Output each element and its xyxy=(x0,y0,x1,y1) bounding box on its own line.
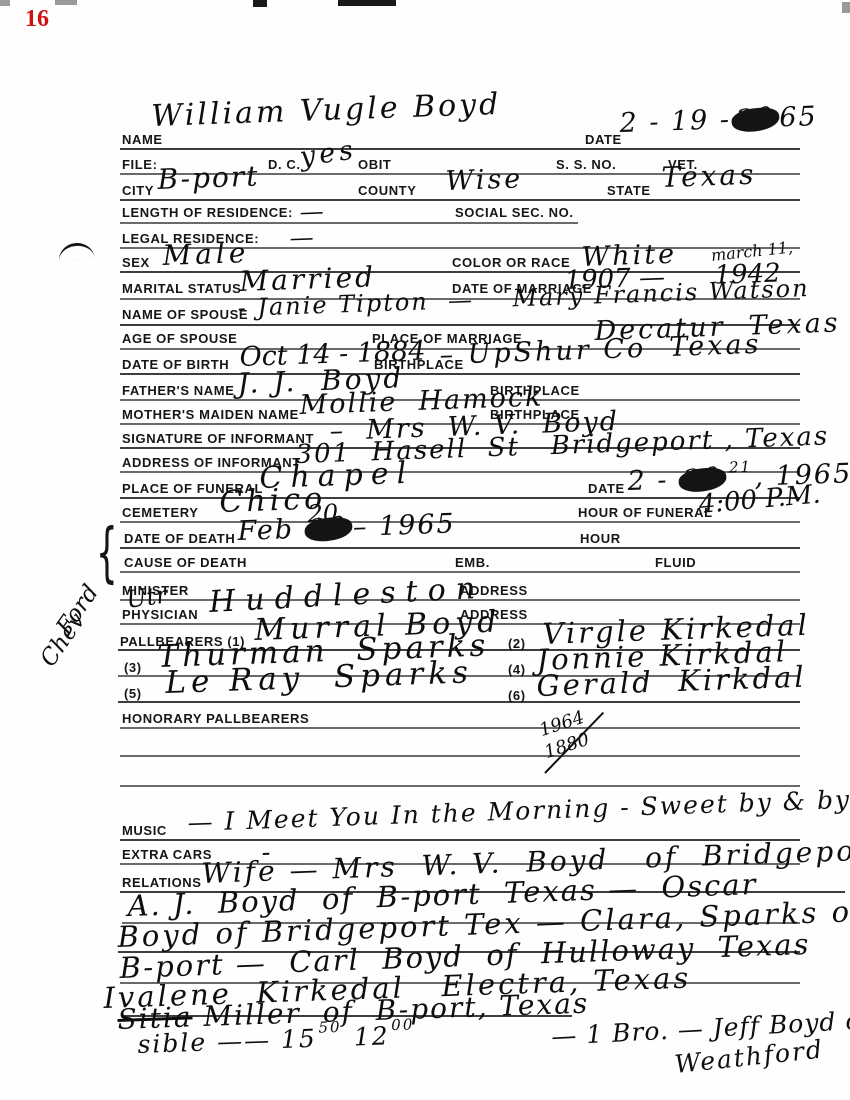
name-label: NAME xyxy=(122,132,163,147)
scan-artifact xyxy=(55,0,77,5)
city-label: CITY xyxy=(122,183,154,198)
scan-artifact xyxy=(0,0,10,6)
length-of-residence-value: — xyxy=(299,199,324,224)
sex-label: SEX xyxy=(122,255,150,270)
name-of-spouse-label: NAME OF SPOUSE xyxy=(122,307,248,322)
physician-label: PHYSICIAN xyxy=(122,607,198,622)
file-label: FILE: xyxy=(122,157,158,172)
rule-line xyxy=(120,148,800,150)
cemetery-label: CEMETERY xyxy=(122,505,199,520)
sex-value: Male xyxy=(162,239,250,270)
rule-line xyxy=(120,373,800,375)
date-label: DATE xyxy=(585,132,622,147)
rule-line xyxy=(120,199,800,201)
rule-line xyxy=(120,755,800,757)
page-number: 16 xyxy=(25,6,49,33)
margin-scrawl-note: Chev xyxy=(37,609,90,671)
price-superscript: 50 xyxy=(318,1018,342,1037)
date-of-death-value: Feb 20– 1965 xyxy=(237,510,456,545)
scan-artifact xyxy=(338,0,396,6)
date-value: 2 - 19 -2065 xyxy=(619,103,818,137)
hour-label: HOUR xyxy=(580,531,621,546)
county-label: COUNTY xyxy=(358,183,417,198)
pallbearers-3-label: (3) xyxy=(124,660,142,675)
fluid-label: FLUID xyxy=(655,555,696,570)
rule-line xyxy=(120,785,800,787)
emb-label: EMB. xyxy=(455,555,490,570)
cause-of-death-label: CAUSE OF DEATH xyxy=(124,555,247,570)
rule-line xyxy=(120,521,800,523)
county-value: Wise xyxy=(445,165,524,195)
funeral-record-form: 16 NAME William Vugle Boyd DATE 2 - 19 -… xyxy=(0,0,850,1100)
legal-residence-value: — xyxy=(289,225,314,250)
rule-line xyxy=(120,547,800,549)
correction-superscript: 21 xyxy=(729,458,753,477)
honorary-pallbearers-label: HONORARY PALLBEARERS xyxy=(122,711,309,726)
city-value: B-port xyxy=(157,162,260,194)
date-of-birth-label: DATE OF BIRTH xyxy=(122,357,229,372)
mothers-maiden-name-label: MOTHER'S MAIDEN NAME xyxy=(122,407,299,422)
signature-of-informant-label: SIGNATURE OF INFORMANT xyxy=(122,431,314,446)
price-superscript: 00 xyxy=(391,1015,415,1034)
social-sec-no-label: SOCIAL SEC. NO. xyxy=(455,205,574,220)
rule-line xyxy=(118,701,800,703)
pallbearers-2-label: (2) xyxy=(508,636,526,651)
rule-line xyxy=(120,222,578,224)
pallbearers-6-label: (6) xyxy=(508,688,526,703)
color-or-race-label: COLOR OR RACE xyxy=(452,255,570,270)
scan-artifact xyxy=(253,0,267,7)
rule-line xyxy=(120,727,800,729)
marital-status-label: MARITAL STATUS xyxy=(122,281,241,296)
extra-cars-label: EXTRA CARS xyxy=(122,847,212,862)
dc-value: yes xyxy=(298,136,358,171)
state-value: Texas xyxy=(661,161,757,192)
funeral-date-label: DATE xyxy=(588,481,625,496)
pallbearers-5-label: (5) xyxy=(124,686,142,701)
pallbearer-5-value: Le Ray Sparks xyxy=(165,657,474,699)
scan-artifact xyxy=(842,2,850,13)
ssno-label: S. S. NO. xyxy=(556,157,616,172)
scratched-out-text: 20 xyxy=(304,515,354,543)
pallbearers-4-label: (4) xyxy=(508,662,526,677)
name-value: William Vugle Boyd xyxy=(151,90,502,132)
music-value: — I Meet You In the Morning - Sweet by &… xyxy=(187,787,850,835)
fathers-name-label: FATHER'S NAME xyxy=(122,383,235,398)
state-label: STATE xyxy=(607,183,651,198)
hour-of-funeral-label: HOUR OF FUNERAL xyxy=(578,505,713,520)
obit-label: OBIT xyxy=(358,157,391,172)
date-of-death-label: DATE OF DEATH xyxy=(124,531,235,546)
music-label: MUSIC xyxy=(122,823,167,838)
dc-label: D. C. xyxy=(268,157,301,172)
margin-check-mark xyxy=(57,241,95,262)
pallbearer-6-value: Gerald Kirkdal xyxy=(536,663,807,701)
scratched-out-text: 20 xyxy=(730,106,780,134)
length-of-residence-label: LENGTH OF RESIDENCE: xyxy=(122,205,293,220)
age-of-spouse-label: AGE OF SPOUSE xyxy=(122,331,237,346)
margin-brace-mark: { xyxy=(96,520,118,585)
